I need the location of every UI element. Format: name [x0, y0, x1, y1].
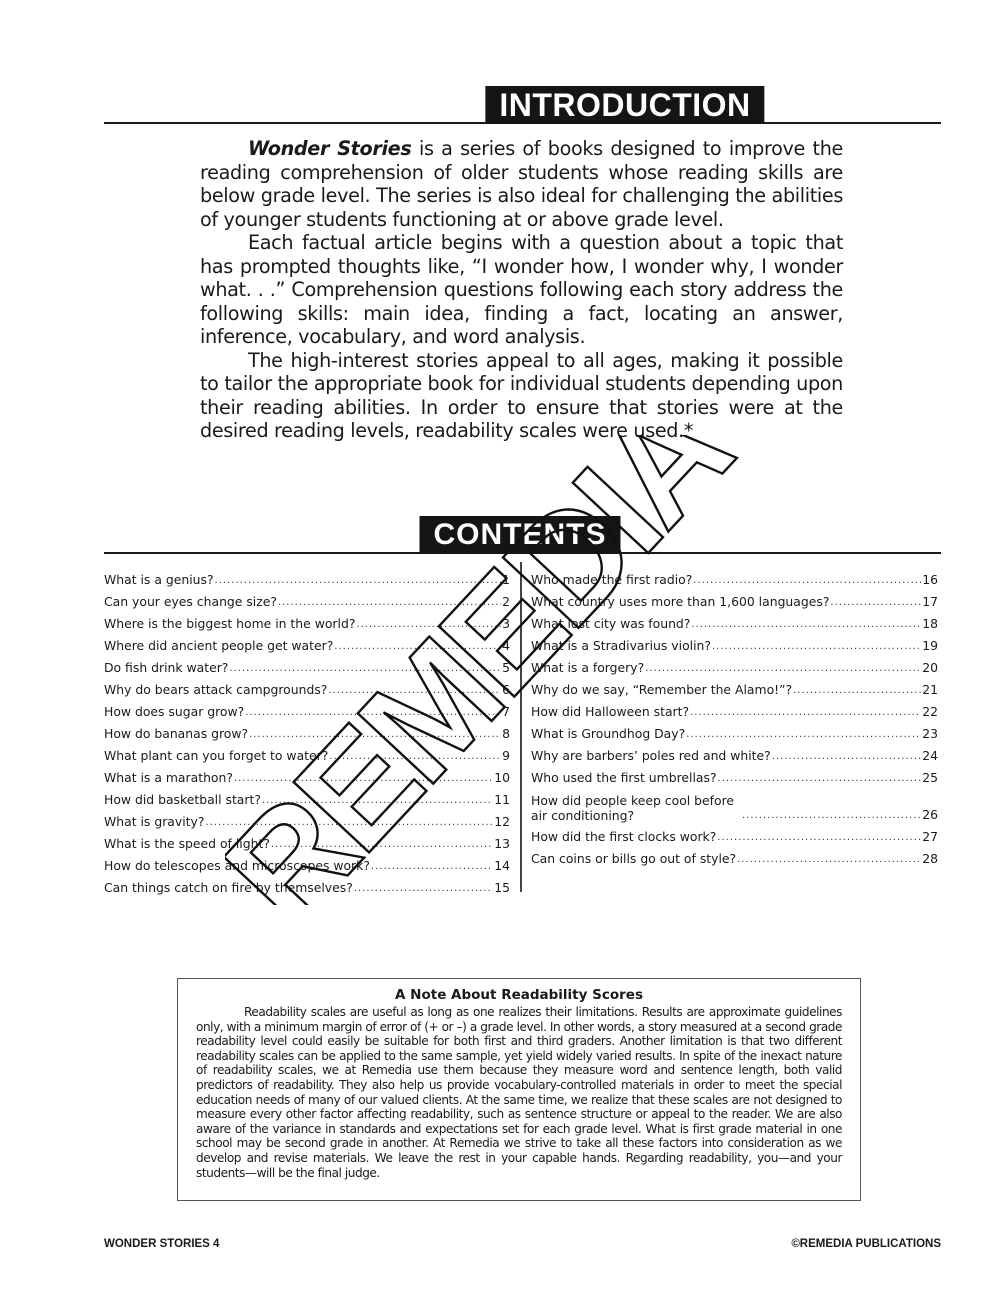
toc-question: What is gravity?: [104, 814, 204, 830]
toc-entry[interactable]: How do bananas grow?8: [104, 720, 510, 742]
toc-page-number: 17: [922, 594, 938, 610]
toc-question: Where is the biggest home in the world?: [104, 616, 355, 632]
toc-page-number: 23: [922, 726, 938, 742]
dot-leader: [328, 684, 501, 698]
toc-question: Can coins or bills go out of style?: [531, 851, 736, 867]
toc-question: What country uses more than 1,600 langua…: [531, 594, 829, 610]
toc-question: How do bananas grow?: [104, 726, 248, 742]
dot-leader: [356, 618, 501, 632]
toc-question: Why do we say, “Remember the Alamo!”?: [531, 682, 792, 698]
dot-leader: [334, 640, 501, 654]
toc-page-number: 8: [502, 726, 510, 742]
toc-question: Can things catch on fire by themselves?: [104, 880, 353, 896]
dot-leader: [229, 662, 501, 676]
toc-page-number: 20: [922, 660, 938, 676]
toc-page-number: 14: [494, 858, 510, 874]
dot-leader: [645, 662, 921, 676]
toc-entry[interactable]: What is a Stradivarius violin?19: [531, 632, 938, 654]
dot-leader: [693, 574, 921, 588]
toc-entry[interactable]: What is the speed of light?13: [104, 830, 510, 852]
toc-entry[interactable]: How did people keep cool before air cond…: [531, 786, 938, 823]
introduction-body: Wonder Stories is a series of books desi…: [200, 137, 843, 443]
toc-entry[interactable]: Can coins or bills go out of style?28: [531, 845, 938, 867]
toc-page-number: 22: [922, 704, 938, 720]
toc-entry[interactable]: What is Groundhog Day?23: [531, 720, 938, 742]
dot-leader: [686, 728, 921, 742]
toc-page-number: 19: [922, 638, 938, 654]
dot-leader: [354, 882, 493, 896]
toc-entry[interactable]: Can things catch on fire by themselves?1…: [104, 874, 510, 896]
intro-paragraph-1: Wonder Stories is a series of books desi…: [200, 137, 843, 231]
toc-page-number: 6: [502, 682, 510, 698]
toc-entry[interactable]: How did basketball start?11: [104, 786, 510, 808]
toc-page-number: 28: [922, 851, 938, 867]
dot-leader: [830, 596, 921, 610]
toc-page-number: 18: [922, 616, 938, 632]
dot-leader: [717, 831, 921, 845]
toc-entry[interactable]: How does sugar grow?7: [104, 698, 510, 720]
toc-question: How does sugar grow?: [104, 704, 244, 720]
dot-leader: [737, 853, 921, 867]
toc-page-number: 11: [494, 792, 510, 808]
footer-copyright: ©REMEDIA PUBLICATIONS: [791, 1238, 941, 1250]
toc-question: How did Halloween start?: [531, 704, 689, 720]
toc-question: What is Groundhog Day?: [531, 726, 685, 742]
readability-note-box: A Note About Readability Scores Readabil…: [177, 978, 861, 1201]
dot-leader: [718, 772, 922, 786]
toc-entry[interactable]: Where did ancient people get water?4: [104, 632, 510, 654]
toc-entry[interactable]: What country uses more than 1,600 langua…: [531, 588, 938, 610]
dot-leader: [329, 750, 501, 764]
toc-page-number: 16: [922, 572, 938, 588]
toc-right-column: Who made the first radio?16What country …: [531, 566, 938, 867]
toc-entry[interactable]: Where is the biggest home in the world?3: [104, 610, 510, 632]
dot-leader: [690, 706, 921, 720]
dot-leader: [691, 618, 921, 632]
toc-page-number: 13: [494, 836, 510, 852]
toc-page-number: 4: [502, 638, 510, 654]
dot-leader: [271, 838, 493, 852]
toc-entry[interactable]: Why do bears attack campgrounds?6: [104, 676, 510, 698]
dot-leader: [772, 750, 922, 764]
contents-title: CONTENTS: [420, 516, 621, 554]
toc-question: What lost city was found?: [531, 616, 690, 632]
dot-leader: [371, 860, 493, 874]
toc-entry[interactable]: What is gravity?12: [104, 808, 510, 830]
toc-question: What is the speed of light?: [104, 836, 270, 852]
dot-leader: [245, 706, 501, 720]
toc-entry[interactable]: Who used the first umbrellas?25: [531, 764, 938, 786]
toc-page-number: 9: [502, 748, 510, 764]
toc-question: Who made the first radio?: [531, 572, 692, 588]
toc-page-number: 2: [502, 594, 510, 610]
toc-page-number: 1: [502, 572, 510, 588]
toc-page-number: 7: [502, 704, 510, 720]
toc-entry[interactable]: Why are barbers’ poles red and white?24: [531, 742, 938, 764]
dot-leader: [215, 574, 502, 588]
toc-page-number: 15: [494, 880, 510, 896]
toc-question: What plant can you forget to water?: [104, 748, 328, 764]
toc-entry[interactable]: Why do we say, “Remember the Alamo!”?21: [531, 676, 938, 698]
note-title: A Note About Readability Scores: [196, 987, 842, 1004]
toc-entry[interactable]: Who made the first radio?16: [531, 566, 938, 588]
toc-question: Where did ancient people get water?: [104, 638, 333, 654]
toc-page-number: 24: [922, 748, 938, 764]
introduction-header: INTRODUCTION: [104, 80, 941, 124]
dot-leader: [712, 640, 921, 654]
column-divider: [520, 562, 522, 892]
toc-question: Why do bears attack campgrounds?: [104, 682, 327, 698]
toc-question: What is a marathon?: [104, 770, 233, 786]
toc-entry[interactable]: How did the first clocks work?27: [531, 823, 938, 845]
toc-question: How did people keep cool before air cond…: [531, 793, 741, 823]
toc-entry[interactable]: What is a marathon?10: [104, 764, 510, 786]
toc-entry[interactable]: What plant can you forget to water?9: [104, 742, 510, 764]
toc-entry[interactable]: Do fish drink water?5: [104, 654, 510, 676]
toc-left-column: What is a genius?1Can your eyes change s…: [104, 566, 510, 896]
toc-page-number: 10: [494, 770, 510, 786]
footer-book-title: WONDER STORIES 4: [104, 1238, 219, 1250]
dot-leader: [742, 809, 921, 823]
toc-entry[interactable]: How do telescopes and microscopes work?1…: [104, 852, 510, 874]
toc-question: Can your eyes change size?: [104, 594, 277, 610]
toc-entry[interactable]: What is a genius?1: [104, 566, 510, 588]
note-text: Readability scales are useful as long as…: [196, 1005, 842, 1180]
contents-header: CONTENTS: [104, 508, 941, 554]
toc-page-number: 3: [502, 616, 510, 632]
dot-leader: [793, 684, 921, 698]
toc-page-number: 27: [922, 829, 938, 845]
dot-leader: [205, 816, 493, 830]
toc-question: What is a Stradivarius violin?: [531, 638, 711, 654]
dot-leader: [262, 794, 493, 808]
toc-page-number: 25: [922, 770, 938, 786]
toc-question: What is a forgery?: [531, 660, 644, 676]
toc-entry[interactable]: Can your eyes change size?2: [104, 588, 510, 610]
toc-question: How do telescopes and microscopes work?: [104, 858, 370, 874]
dot-leader: [234, 772, 493, 786]
toc-page-number: 21: [922, 682, 938, 698]
toc-question: Why are barbers’ poles red and white?: [531, 748, 771, 764]
toc-page-number: 26: [922, 807, 938, 823]
toc-question: Do fish drink water?: [104, 660, 228, 676]
intro-paragraph-3: The high-interest stories appeal to all …: [200, 349, 843, 443]
dot-leader: [249, 728, 501, 742]
toc-entry[interactable]: How did Halloween start?22: [531, 698, 938, 720]
toc-page-number: 12: [494, 814, 510, 830]
introduction-title: INTRODUCTION: [485, 86, 764, 124]
toc-entry[interactable]: What is a forgery?20: [531, 654, 938, 676]
toc-question: How did the first clocks work?: [531, 829, 716, 845]
toc-question: What is a genius?: [104, 572, 214, 588]
toc-entry[interactable]: What lost city was found?18: [531, 610, 938, 632]
toc-page-number: 5: [502, 660, 510, 676]
toc-question: How did basketball start?: [104, 792, 261, 808]
book-title: Wonder Stories: [248, 137, 411, 160]
toc-question: Who used the first umbrellas?: [531, 770, 717, 786]
dot-leader: [278, 596, 501, 610]
intro-paragraph-2: Each factual article begins with a quest…: [200, 231, 843, 349]
